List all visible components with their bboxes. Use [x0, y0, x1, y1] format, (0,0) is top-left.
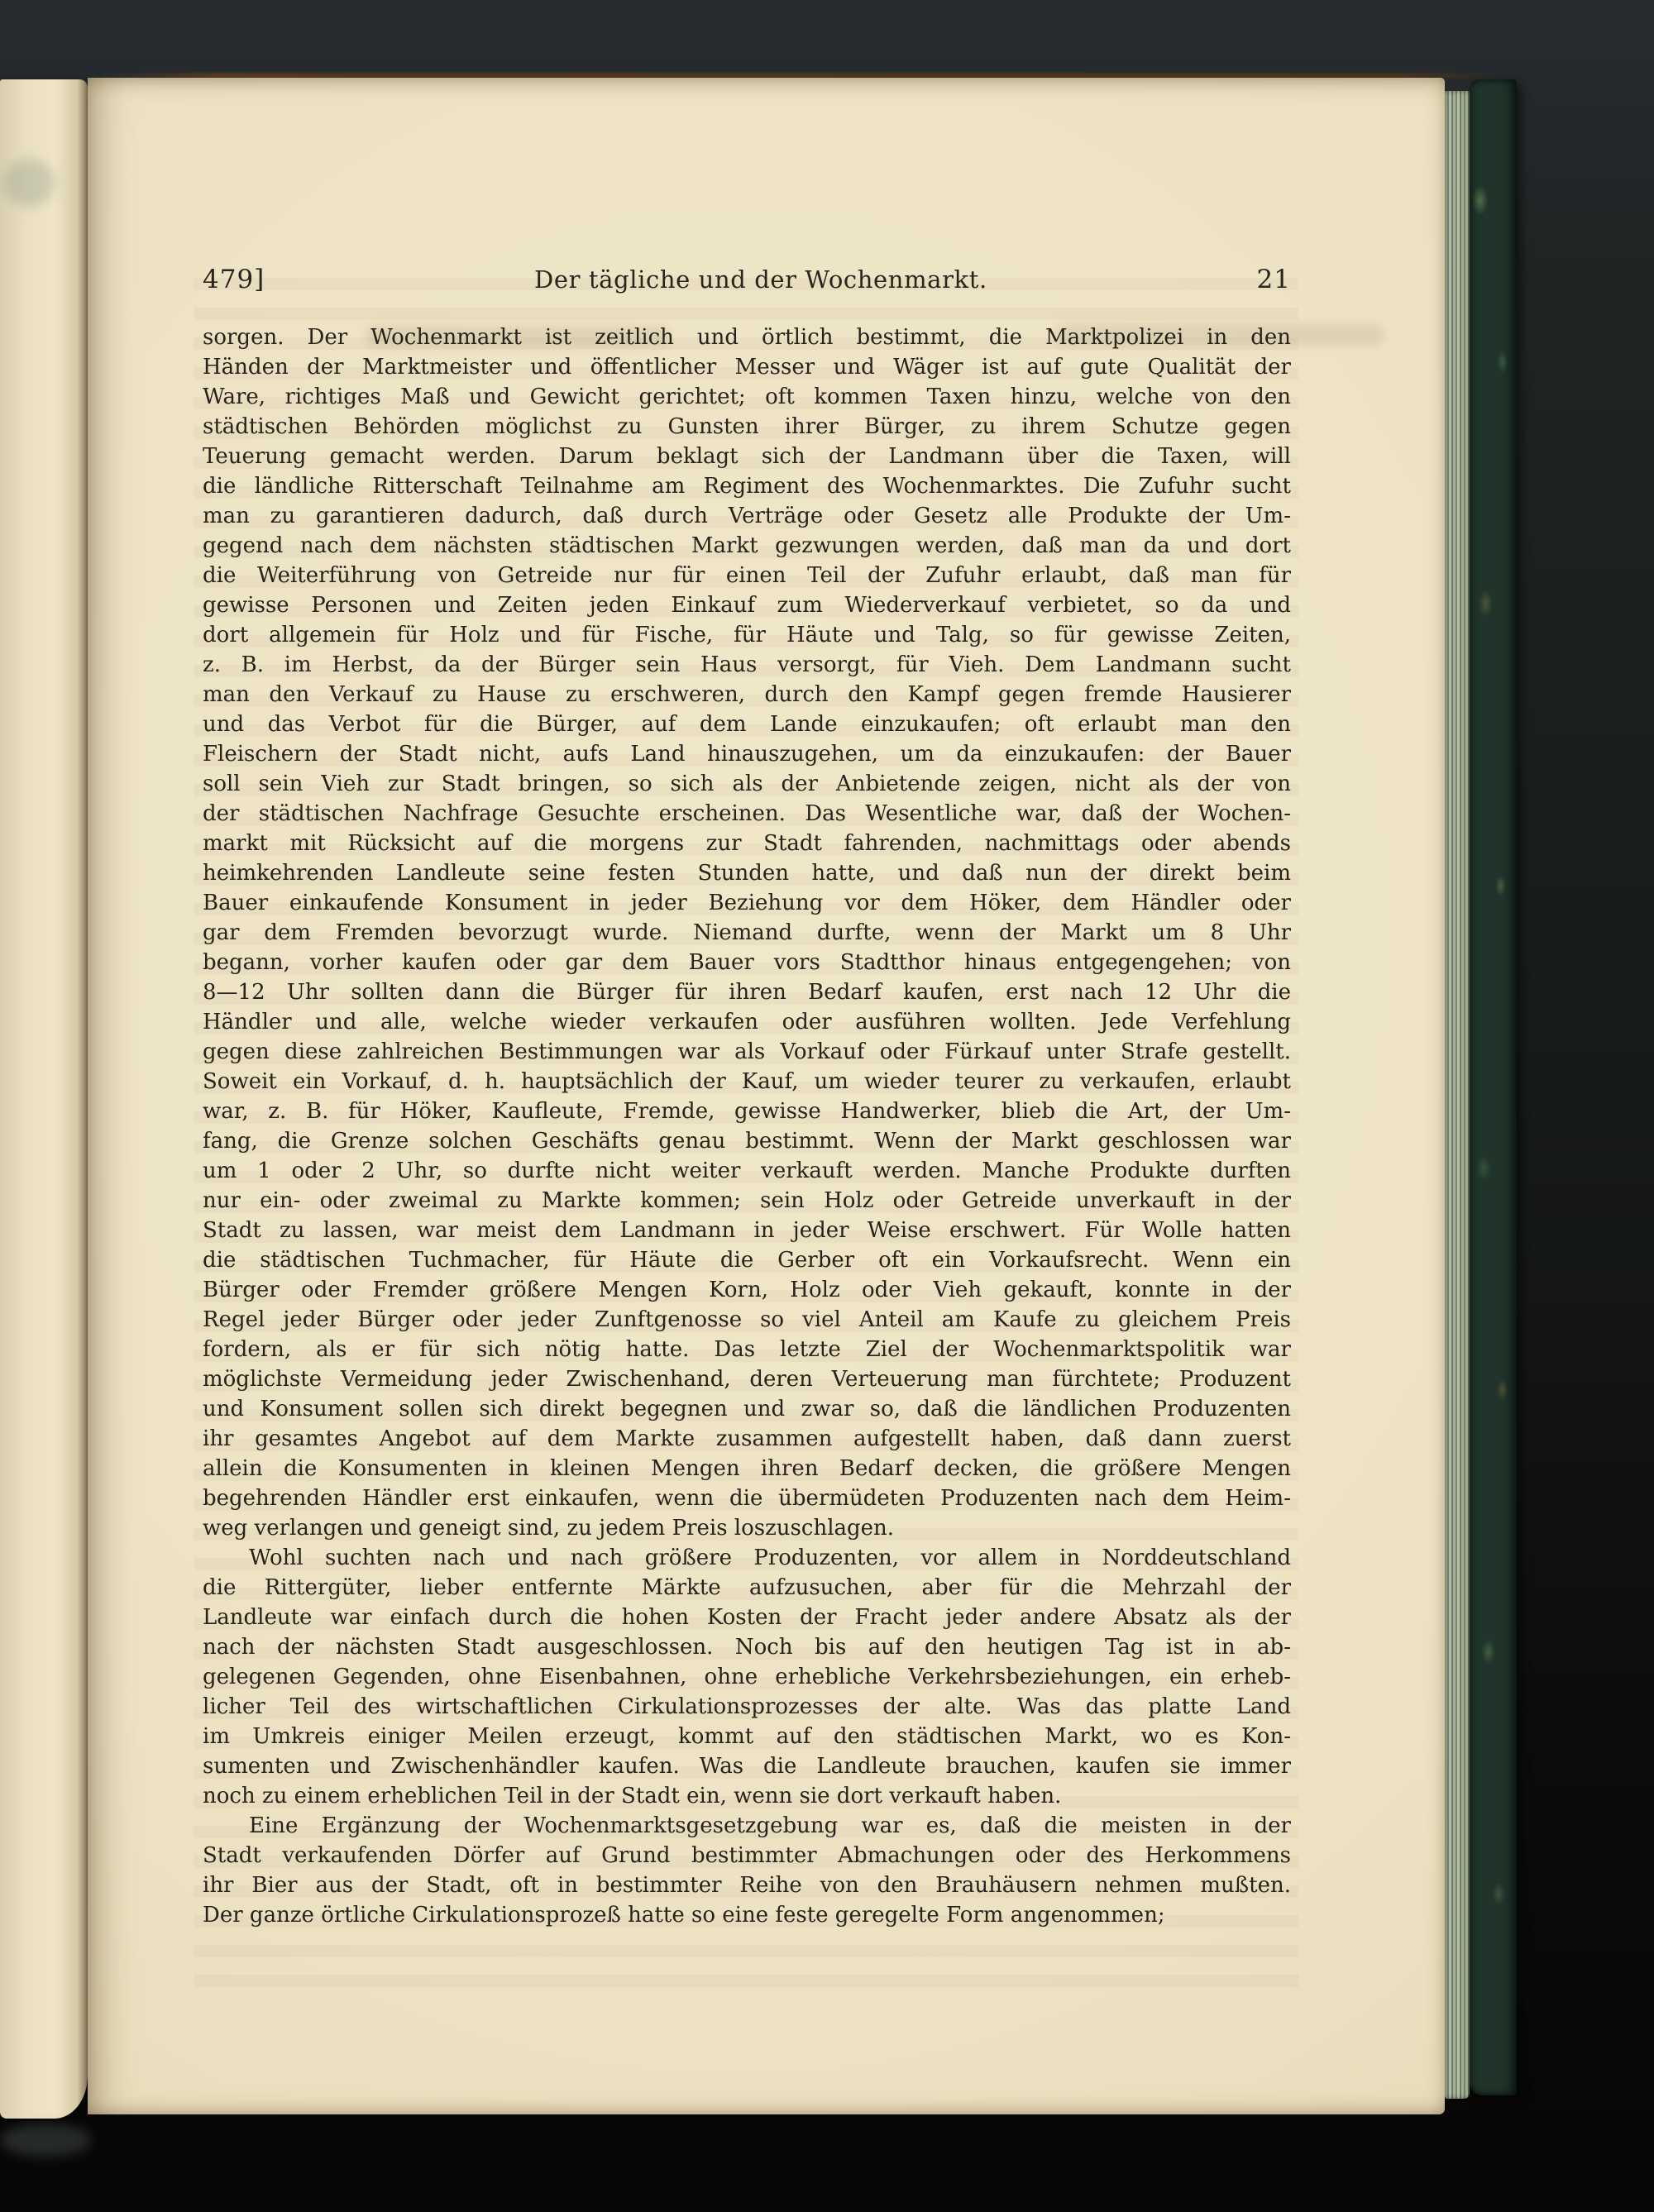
text-line: die Weiterführung von Getreide nur für e… [203, 561, 1291, 590]
text-line: markt mit Rücksicht auf die morgens zur … [203, 829, 1291, 858]
text-line: die städtischen Tuchmacher, für Häute di… [203, 1245, 1291, 1275]
text-line: Teuerung gemacht werden. Darum beklagt s… [203, 442, 1291, 471]
text-line: Bauer einkaufende Konsument in jeder Bez… [203, 888, 1291, 918]
text-line: begehrenden Händler erst einkaufen, wenn… [203, 1483, 1291, 1513]
book-fore-edge [1445, 91, 1470, 2099]
text-line: man zu garantieren dadurch, daß durch Ve… [203, 501, 1291, 531]
column-number: 479] [203, 265, 265, 294]
text-line: war, z. B. für Höker, Kaufleute, Fremde,… [203, 1096, 1291, 1126]
text-line: und Konsument sollen sich direkt begegne… [203, 1394, 1291, 1424]
text-line: Stadt zu lassen, war meist dem Landmann … [203, 1216, 1291, 1245]
book-page: 479] Der tägliche und der Wochenmarkt. 2… [88, 78, 1445, 2114]
text-line: die Rittergüter, lieber entfernte Märkte… [203, 1573, 1291, 1603]
running-title: Der tägliche und der Wochenmarkt. [265, 265, 1256, 294]
text-line: sorgen. Der Wochenmarkt ist zeitlich und… [203, 322, 1291, 352]
scan-smudge [3, 159, 55, 207]
text-line: heimkehrenden Landleute seine festen Stu… [203, 858, 1291, 888]
text-line: Wohl suchten nach und nach größere Produ… [203, 1543, 1291, 1573]
text-line: um 1 oder 2 Uhr, so durfte nicht weiter … [203, 1156, 1291, 1186]
text-line: städtischen Behörden möglichst zu Gunste… [203, 412, 1291, 442]
text-line: 8—12 Uhr sollten dann die Bürger für ihr… [203, 977, 1291, 1007]
text-line: weg verlangen und geneigt sind, zu jedem… [203, 1513, 1291, 1543]
text-line: fordern, als er für sich nötig hatte. Da… [203, 1335, 1291, 1364]
text-line: allein die Konsumenten in kleinen Mengen… [203, 1454, 1291, 1483]
text-line: Ware, richtiges Maß und Gewicht gerichte… [203, 382, 1291, 412]
text-line: Händen der Marktmeister und öffentlicher… [203, 352, 1291, 382]
text-line: fang, die Grenze solchen Geschäfts genau… [203, 1126, 1291, 1156]
text-line: Soweit ein Vorkauf, d. h. hauptsächlich … [203, 1067, 1291, 1096]
text-line: nach der nächsten Stadt ausgeschlossen. … [203, 1632, 1291, 1662]
text-line: gegend nach dem nächsten städtischen Mar… [203, 531, 1291, 561]
text-line: soll sein Vieh zur Stadt bringen, so sic… [203, 769, 1291, 799]
text-line: Stadt verkaufenden Dörfer auf Grund best… [203, 1841, 1291, 1870]
page-number: 21 [1257, 265, 1291, 294]
text-line: möglichste Vermeidung jeder Zwischenhand… [203, 1364, 1291, 1394]
text-line: dort allgemein für Holz und für Fische, … [203, 620, 1291, 650]
scan-smudge [0, 2124, 91, 2157]
text-line: gewisse Personen und Zeiten jeden Einkau… [203, 590, 1291, 620]
text-line: Händler und alle, welche wieder verkaufe… [203, 1007, 1291, 1037]
text-line: Der ganze örtliche Cirkulationsprozeß ha… [203, 1900, 1291, 1930]
book-scan: 479] Der tägliche und der Wochenmarkt. 2… [0, 0, 1654, 2212]
text-line: ihr Bier aus der Stadt, oft in bestimmte… [203, 1870, 1291, 1900]
text-line: nur ein- oder zweimal zu Markte kommen; … [203, 1186, 1291, 1216]
text-line: gelegenen Gegenden, ohne Eisenbahnen, oh… [203, 1662, 1291, 1692]
book-cover-edge [1470, 79, 1517, 2095]
text-line: Eine Ergänzung der Wochenmarktsgesetzgeb… [203, 1811, 1291, 1841]
text-line: man den Verkauf zu Hause zu erschweren, … [203, 680, 1291, 709]
facing-page-edge [0, 79, 88, 2119]
text-line: Bürger oder Fremder größere Mengen Korn,… [203, 1275, 1291, 1305]
text-line: ihr gesamtes Angebot auf dem Markte zusa… [203, 1424, 1291, 1454]
text-line: Fleischern der Stadt nicht, aufs Land hi… [203, 739, 1291, 769]
text-line: licher Teil des wirtschaftlichen Cirkula… [203, 1692, 1291, 1722]
text-line: im Umkreis einiger Meilen erzeugt, kommt… [203, 1722, 1291, 1751]
text-line: Landleute war einfach durch die hohen Ko… [203, 1603, 1291, 1632]
text-line: der städtischen Nachfrage Gesuchte ersch… [203, 799, 1291, 829]
text-line: und das Verbot für die Bürger, auf dem L… [203, 709, 1291, 739]
text-line: begann, vorher kaufen oder gar dem Bauer… [203, 948, 1291, 977]
text-line: gar dem Fremden bevorzugt wurde. Niemand… [203, 918, 1291, 948]
text-line: die ländliche Ritterschaft Teilnahme am … [203, 471, 1291, 501]
page-header: 479] Der tägliche und der Wochenmarkt. 2… [203, 265, 1291, 294]
text-line: sumenten und Zwischenhändler kaufen. Was… [203, 1751, 1291, 1781]
text-line: z. B. im Herbst, da der Bürger sein Haus… [203, 650, 1291, 680]
text-line: noch zu einem erheblichen Teil in der St… [203, 1781, 1291, 1811]
text-line: Regel jeder Bürger oder jeder Zunftgenos… [203, 1305, 1291, 1335]
body-text: sorgen. Der Wochenmarkt ist zeitlich und… [203, 322, 1291, 1930]
text-line: gegen diese zahlreichen Bestimmungen war… [203, 1037, 1291, 1067]
